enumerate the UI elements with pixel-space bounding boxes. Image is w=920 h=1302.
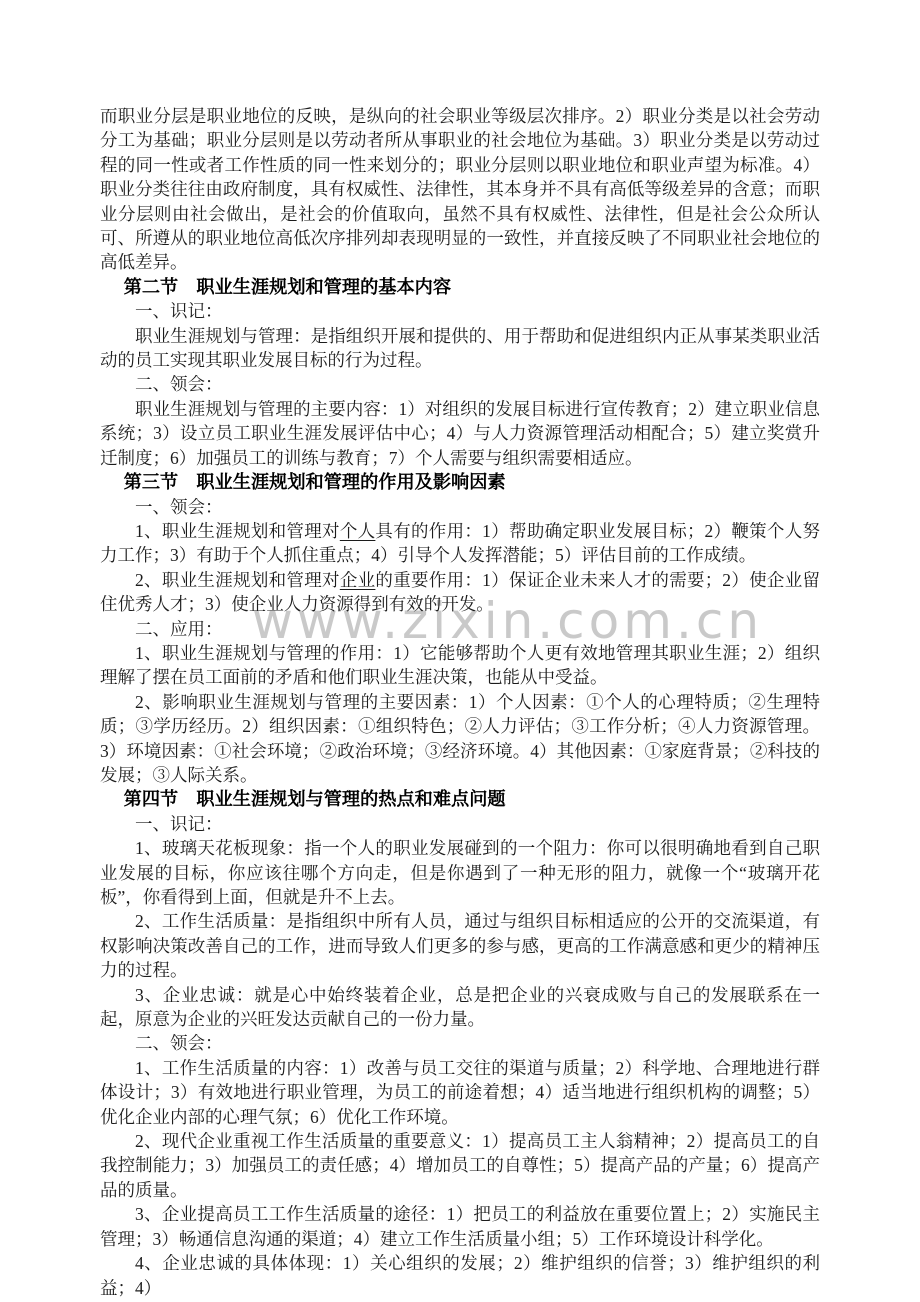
document-paragraph: 4、企业忠诚的具体体现：1）关心组织的发展；2）维护组织的信誉；3）维护组织的利… [100, 1251, 820, 1300]
document-paragraph: 3、企业忠诚：就是心中始终装着企业，总是把企业的兴衰成败与自己的发展联系在一起，… [100, 983, 820, 1032]
text-run: 第三节 职业生涯规划和管理的作用及影响因素 [124, 472, 506, 492]
document-paragraph: 一、识记： [100, 812, 820, 836]
text-run: 3、企业忠诚：就是心中始终装着企业，总是把企业的兴衰成败与自己的发展联系在一起，… [100, 985, 820, 1029]
text-run: 第二节 职业生涯规划和管理的基本内容 [124, 277, 451, 297]
document-paragraph: 1、工作生活质量的内容：1）改善与员工交往的渠道与质量；2）科学地、合理地进行群… [100, 1056, 820, 1129]
document-paragraph: 二、领会： [100, 372, 820, 396]
text-run: 1、玻璃天花板现象：指一个人的职业发展碰到的一个阻力：你可以很明确地看到自己职业… [100, 838, 820, 907]
text-run: 职业生涯规划与管理：是指组织开展和提供的、用于帮助和促进组织内正从事某类职业活动… [100, 326, 820, 370]
document-body: 而职业分层是职业地位的反映，是纵向的社会职业等级层次排序。2）职业分类是以社会劳… [100, 104, 820, 1300]
section-heading: 第四节 职业生涯规划与管理的热点和难点问题 [100, 787, 820, 811]
document-paragraph: 1、玻璃天花板现象：指一个人的职业发展碰到的一个阻力：你可以很明确地看到自己职业… [100, 836, 820, 909]
text-run: 2、影响职业生涯规划与管理的主要因素：1）个人因素：①个人的心理特质；②生理特质… [100, 692, 820, 785]
underlined-term: 企业 [340, 570, 376, 590]
text-run: 2、现代企业重视工作生活质量的重要意义：1）提高员工主人翁精神；2）提高员工的自… [100, 1131, 820, 1200]
document-paragraph: 一、识记： [100, 299, 820, 323]
text-run: 一、识记： [135, 301, 223, 321]
text-run: 第四节 职业生涯规划与管理的热点和难点问题 [124, 789, 506, 809]
text-run: 2、工作生活质量：是指组织中所有人员，通过与组织目标相适应的公开的交流渠道，有权… [100, 911, 820, 980]
document-paragraph: 2、影响职业生涯规划与管理的主要因素：1）个人因素：①个人的心理特质；②生理特质… [100, 690, 820, 788]
document-paragraph: 1、职业生涯规划与管理的作用：1）它能够帮助个人更有效地管理其职业生涯；2）组织… [100, 641, 820, 690]
underlined-term: 个人 [340, 521, 376, 541]
text-run: 3、企业提高员工工作生活质量的途径：1）把员工的利益放在重要位置上；2）实施民主… [100, 1204, 820, 1248]
text-run: 1、职业生涯规划与管理的作用：1）它能够帮助个人更有效地管理其职业生涯；2）组织… [100, 643, 820, 687]
document-paragraph: 1、职业生涯规划和管理对个人具有的作用：1）帮助确定职业发展目标；2）鞭策个人努… [100, 519, 820, 568]
document-paragraph: 2、现代企业重视工作生活质量的重要意义：1）提高员工主人翁精神；2）提高员工的自… [100, 1129, 820, 1202]
text-run: 二、领会： [135, 1033, 223, 1053]
document-paragraph: 3、企业提高员工工作生活质量的途径：1）把员工的利益放在重要位置上；2）实施民主… [100, 1202, 820, 1251]
text-run: 1、职业生涯规划和管理对 [135, 521, 340, 541]
document-paragraph: 一、领会： [100, 495, 820, 519]
text-run: 而职业分层是职业地位的反映，是纵向的社会职业等级层次排序。2）职业分类是以社会劳… [100, 106, 820, 272]
document-paragraph: 职业生涯规划与管理：是指组织开展和提供的、用于帮助和促进组织内正从事某类职业活动… [100, 324, 820, 373]
document-page: www.zixin.com.cn 而职业分层是职业地位的反映，是纵向的社会职业等… [0, 0, 920, 1302]
section-heading: 第二节 职业生涯规划和管理的基本内容 [100, 275, 820, 299]
text-run: 二、领会： [135, 374, 223, 394]
text-run: 职业生涯规划与管理的主要内容：1）对组织的发展目标进行宣传教育；2）建立职业信息… [100, 399, 820, 468]
text-run: 二、应用： [135, 619, 223, 639]
text-run: 2、职业生涯规划和管理对 [135, 570, 340, 590]
section-heading: 第三节 职业生涯规划和管理的作用及影响因素 [100, 470, 820, 494]
document-paragraph: 2、职业生涯规划和管理对企业的重要作用：1）保证企业未来人才的需要；2）使企业留… [100, 568, 820, 617]
document-paragraph: 2、工作生活质量：是指组织中所有人员，通过与组织目标相适应的公开的交流渠道，有权… [100, 909, 820, 982]
document-paragraph: 二、领会： [100, 1031, 820, 1055]
document-paragraph: 二、应用： [100, 617, 820, 641]
document-paragraph: 而职业分层是职业地位的反映，是纵向的社会职业等级层次排序。2）职业分类是以社会劳… [100, 104, 820, 275]
text-run: 4、企业忠诚的具体体现：1）关心组织的发展；2）维护组织的信誉；3）维护组织的利… [100, 1253, 820, 1297]
text-run: 1、工作生活质量的内容：1）改善与员工交往的渠道与质量；2）科学地、合理地进行群… [100, 1058, 820, 1127]
document-paragraph: 职业生涯规划与管理的主要内容：1）对组织的发展目标进行宣传教育；2）建立职业信息… [100, 397, 820, 470]
text-run: 一、识记： [135, 814, 223, 834]
text-run: 一、领会： [135, 497, 223, 517]
